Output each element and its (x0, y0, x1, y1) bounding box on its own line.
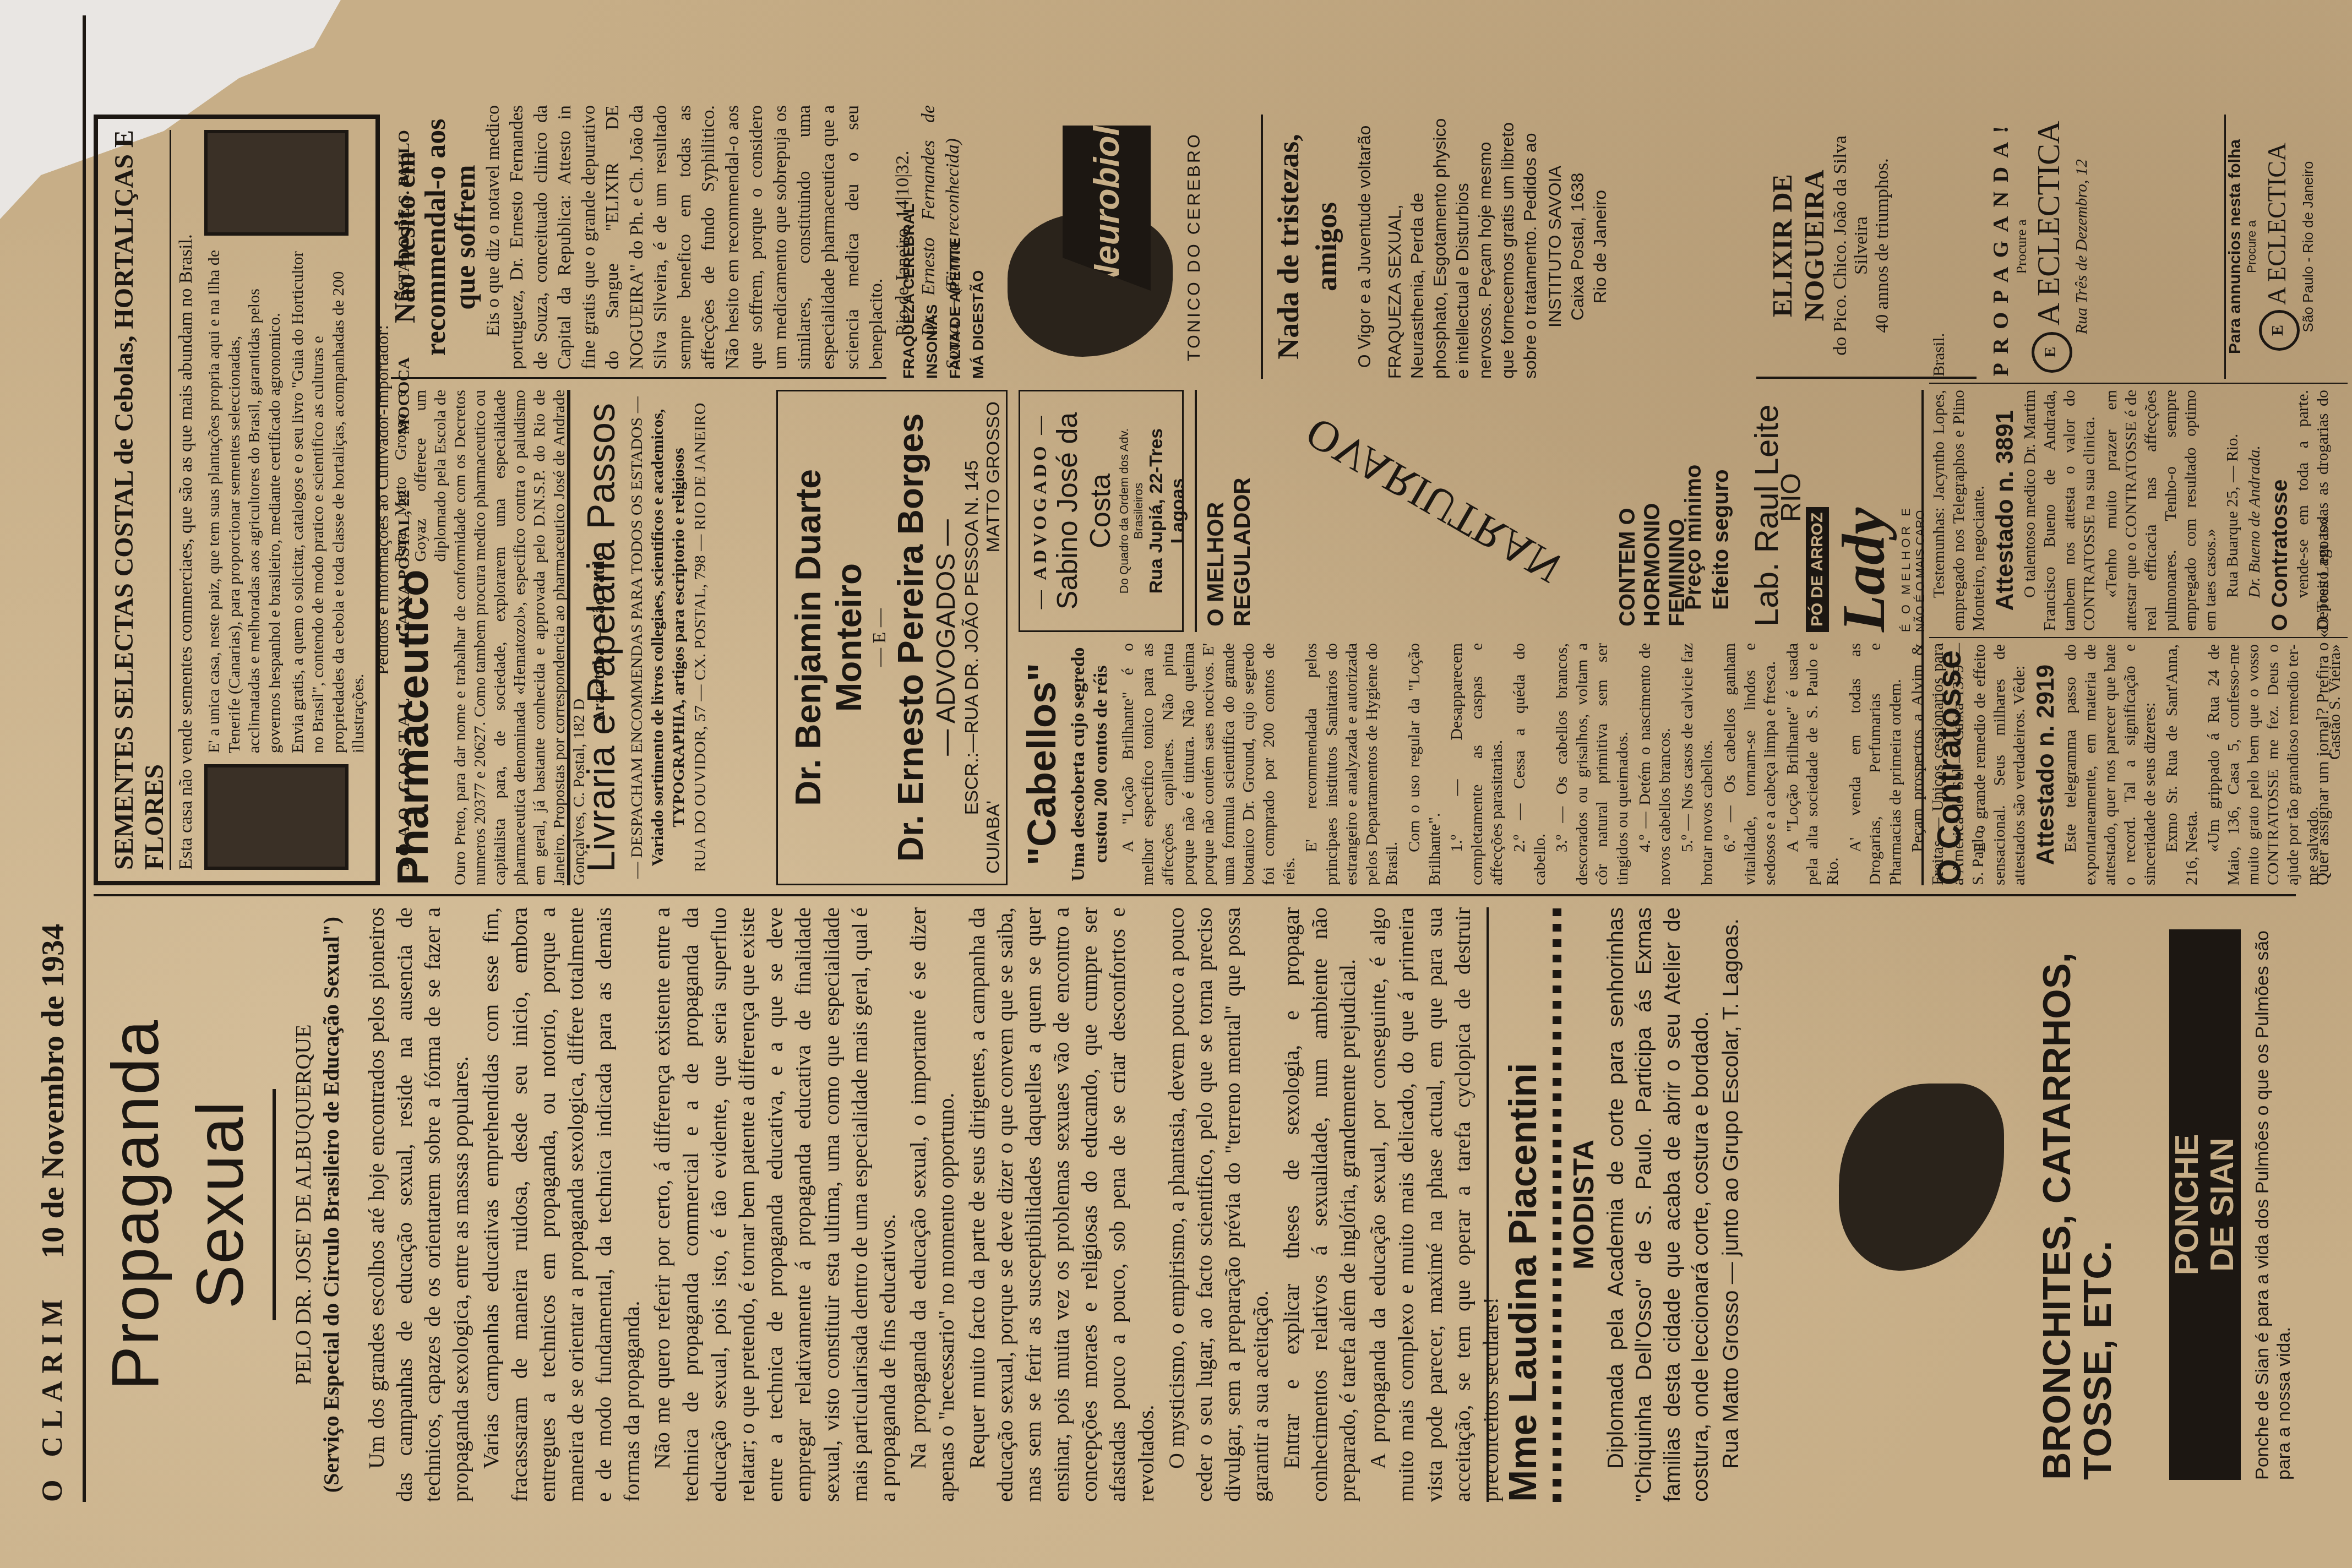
ad-nada-de-tristezas: Nada de tristezas, amigos O Vigor e a Ju… (1261, 115, 1754, 379)
eclectica-procure: Procure a (2245, 115, 2259, 379)
sabino-address: Rua Jupiá, 22-Tres Lagoas (1146, 401, 1189, 620)
paragraph: O mysticismo, o empirismo, a phantasia, … (1162, 907, 1275, 1502)
ponche-conditions: BRONCHITES, CATARRHOS, TOSSE, ETC. (2037, 929, 2118, 1480)
propaganda-procure: Procure a (2013, 115, 2030, 379)
paragraph: A propaganda da educação sexual, por con… (1364, 907, 1505, 1502)
article-cabellos: "Cabellos" Uma descoberta cujo segredo c… (1019, 643, 1910, 885)
paper-name: O CLARIM (36, 1292, 69, 1502)
issue-date: 10 de Novembro de 1934 (34, 924, 71, 1259)
paragraph: Requer muito facto da parte de seus diri… (963, 907, 1160, 1502)
propaganda-brand-text: A ECLECTICA (2030, 121, 2066, 325)
masthead: O CLARIM 10 de Novembro de 1934 (22, 15, 86, 1502)
sementes-para2: Envia gratis, a quem o solicitar, catalo… (288, 247, 368, 753)
attestado-1-title: Attestado n. 2919 (2032, 644, 2061, 885)
ponche-slogan: Ponche de Sian é para a vida dos Pulmões… (2252, 929, 2295, 1480)
eclectica-logo-icon: E (2259, 310, 2300, 351)
eclectica-brand-text: A ECLECTICA (2263, 143, 2291, 305)
modista-body: Diplomada pela Academia de corte para se… (1602, 907, 1715, 1502)
paragraph: 1.º — Desapparecem completamente as casp… (1447, 643, 1507, 885)
elixir-line1: do Pico. Chico. João da Silva Silveira (1830, 124, 1872, 367)
ad-livraria-passos: Livraria e Papelaria Passos — DESPACHAM … (567, 390, 775, 885)
contratosse-intro: E' o grande remedio de effeito sensacion… (1970, 644, 2029, 885)
eclectica-line1: Para annuncios nesta folha (2226, 115, 2245, 379)
article-byline: PELO DR. JOSE' DE ALBUQUERQUE (289, 907, 317, 1502)
ponche-illustration (1817, 984, 2026, 1436)
ad-ponche-de-sian: BRONCHITES, CATARRHOS, TOSSE, ETC. PONCH… (1817, 907, 2301, 1502)
paragraph: E' recommendada pelos principaes institu… (1302, 643, 1402, 885)
advogados-role: — ADVOGADOS — (931, 401, 961, 874)
assinatura-line1: Quer assignar um jornal? (2312, 707, 2332, 885)
propaganda-title: PROPAGANDA! (1988, 115, 2013, 379)
cabellos-title: "Cabellos" (1019, 643, 1067, 885)
sementes-headline: SEMENTES SELECTAS COSTAL de Cebolas, HOR… (109, 130, 171, 870)
paragraph: A "Loção Brilhante" é usada pela alta so… (1783, 643, 1843, 885)
nada-address: Caixa Postal, 1638 (1566, 115, 1589, 379)
advogados-city-left: CUIABA' (983, 801, 1004, 874)
attestado-1-quote: «Um grippado á Rua 24 de Maio, 136, Casa… (2204, 644, 2323, 885)
ad-propaganda-eclectica: PROPAGANDA! Procure a E A ECLECTICA Rua … (1988, 115, 2219, 379)
paragraph: A' venda em todas as Drogarias, Perfumar… (1845, 643, 1906, 885)
assinatura-line2: Prefira o «O Tres Lagoas» (2312, 518, 2332, 704)
nao-hesito-title: Não hesito em recommendal-o aos que soff… (391, 105, 481, 369)
symptom: FALTA DE APETITE (944, 115, 967, 379)
attestado-2-sign: Dr. Bueno de Andrada. (2245, 390, 2264, 631)
eclectica-brand: E A ECLECTICA (2259, 115, 2300, 379)
paragraph: Com o uso regular da "Loção Brilhante". (1404, 643, 1445, 885)
paragraph: A "Loção Brilhante" é o melhor especific… (1118, 643, 1299, 885)
nao-hesito-body: Eis o que diz o notavel medico portuguez… (481, 105, 889, 369)
lady-block: PÓ DE ARROZ Lady É O MELHOR E NÃO É O MA… (1806, 390, 1916, 632)
attestado-2-quote: «Tenho muito prazer em attestar que o CO… (2101, 390, 2220, 631)
symptom: MÁ DIGESTÃO (967, 115, 990, 379)
ad-assinatura: Quer assignar um jornal? Prefira o «O Tr… (2312, 390, 2351, 885)
nada-subtitle: O Vigor e a Juventude voltarão (1353, 115, 1376, 379)
advogados-conj: — E — (869, 401, 890, 874)
livraria-title: Livraria e Papelaria Passos (577, 390, 627, 885)
livraria-line2: Variado sortimento de livros collegiaes,… (647, 390, 690, 885)
attestado-2-addr: Rua Buarque 25, — Rio. (2223, 390, 2242, 631)
nada-body: FRAQUEZA SEXUAL, Neurasthenia, Perda de … (1384, 115, 1542, 379)
paragraph: Varias campanhas educativas emprehendida… (477, 907, 646, 1502)
paragraph: 5.º — Nos casos de calvicie faz brotar n… (1678, 643, 1718, 885)
paragraph: Entrar e explicar theses de sexologia, e… (1277, 907, 1362, 1502)
eclectica-address: São Paulo - Rio de Janeiro (2300, 115, 2317, 379)
photo-placeholder (204, 764, 349, 870)
article-propaganda-sexual: Propaganda Sexual PELO DR. JOSE' DE ALBU… (94, 907, 1470, 1502)
contratosse-title: O Contratosse (1929, 644, 1970, 885)
lady-product: PÓ DE ARROZ (1806, 507, 1829, 632)
ovariutran-brand: OVARIUTRAN (1298, 407, 1609, 616)
modista-address: Rua Matto Grosso — junto ao Grupo Escola… (1717, 907, 1745, 1502)
paragraph: Não me quero referir por certo, á differ… (648, 907, 902, 1502)
article-contratosse: O Contratosse E' o grande remedio de eff… (1921, 390, 2348, 885)
attestado-1-addr: Exmo Sr. Rua de Sant'Anna, 216, Nesta. (2162, 644, 2202, 885)
ponche-brand: PONCHE DE SIAN (2169, 929, 2241, 1480)
neurobiol-symptoms: FRAQUEZA CEREBRAL INSONIAS FALTA DE APET… (897, 115, 990, 379)
attestado-1-witness: Testemunhas: Jacyntho Lopes, empregado n… (1929, 390, 1989, 631)
pharmaceutico-title: Pharmaceutico (391, 569, 435, 885)
modista-role: MODISTA (1566, 907, 1603, 1502)
newspaper-page: O CLARIM 10 de Novembro de 1934 Propagan… (0, 0, 2352, 1568)
nada-title: Nada de tristezas, amigos (1270, 115, 1346, 379)
ovariutran-headline: O MELHOR REGULADOR (1202, 390, 1255, 627)
article-affiliation: (Serviço Especial do Circulo Brasileiro … (317, 907, 345, 1502)
neurobiol-tagline: TONICO DO CEREBRO (1184, 115, 1204, 379)
attestado-2-title: Attestado n. 3891 (1991, 390, 2020, 631)
ovariutran-city: RIO (1775, 473, 1807, 522)
paragraph: Um dos grandes escolhos até hoje encontr… (362, 907, 475, 1502)
advogado-name-1: Dr. Benjamin Duarte Monteiro (788, 401, 869, 874)
ad-sementes-costal: SEMENTES SELECTAS COSTAL de Cebolas, HOR… (94, 115, 380, 885)
eclectica-logo-icon: E (2032, 332, 2072, 373)
ad-neurobiol: FRAQUEZA CEREBRAL INSONIAS FALTA DE APET… (897, 115, 1250, 379)
paragraph: 2.º — Cessa a quéda do cabello. (1510, 643, 1550, 885)
elixir-title: ELIXIR DE NOGUEIRA (1766, 124, 1830, 367)
advogados-address: ESCR.:—RUA DR. JOÃO PESSOA N. 145 (961, 401, 983, 874)
nada-institute: INSTITUTO SAVOIA (1544, 115, 1566, 379)
ponche-brand-line1: PONCHE (2169, 929, 2204, 1480)
livraria-line1: — DESPACHAM ENCOMMENDAS PARA TODOS OS ES… (627, 390, 647, 885)
paragraph: Na propaganda da educação sexual, o impo… (904, 907, 960, 1502)
ovariutran-feature: CONTEM O HORMONIO FEMININO (1615, 395, 1690, 627)
modista-name: Mme Laudina Piacentini (1499, 907, 1548, 1502)
lady-brand: Lady (1830, 508, 1897, 632)
propaganda-brand: E A ECLECTICA (2030, 115, 2072, 379)
symptom: FRAQUEZA CEREBRAL (897, 115, 921, 379)
nada-city: Rio de Janeiro (1589, 115, 1611, 379)
article-nao-hesito: Não hesito em recommendal-o aos que soff… (391, 105, 886, 379)
propaganda-address: Rua Três de Dezembro, 12 (2072, 115, 2091, 379)
ponche-brand-line2: DE SIAN (2204, 929, 2240, 1480)
advogados-cities: CUIABA' MATTO GROSSO (983, 401, 1004, 874)
elixir-line2: 40 annos de triumphos. (1872, 124, 1893, 367)
ad-sabino-jose-da-costa: — ADVOGADO — Sabino José da Costa Do Qua… (1019, 390, 1184, 632)
advogados-city-right: MATTO GROSSO (983, 401, 1004, 553)
paragraph: 4.º — Detém o nascimento de novos cabell… (1635, 643, 1675, 885)
advogado-name-2: Dr. Ernesto Pereira Borges (890, 401, 931, 874)
ad-pharmaceutico: Pharmaceutico Para Matto Grosso e Goyaz … (391, 390, 556, 885)
sabino-role: — ADVOGADO — (1030, 401, 1051, 620)
ad-advogados: Dr. Benjamin Duarte Monteiro — E — Dr. E… (776, 390, 1008, 885)
ad-ovariutran: O MELHOR REGULADOR OVARIUTRAN CONTEM O H… (1195, 390, 1803, 632)
contratosse-closing-title: O Contratosse (2267, 390, 2293, 631)
ovariutran-line1: Preço minimo (1681, 464, 1706, 610)
attestado-1-body: Este telegramma passo do expontaneamente… (2061, 644, 2160, 885)
sabino-name: Sabino José da Costa (1051, 401, 1117, 620)
attestado-2-body: O talentoso medico Dr. Martim Francisco … (2020, 390, 2099, 631)
sementes-line1: Esta casa não vende sementes commerciaes… (176, 130, 197, 870)
livraria-address: RUA DO OUVIDOR, 57 — CX. POSTAL, 798 — R… (690, 390, 711, 885)
symptom: INSONIAS (921, 115, 944, 379)
paragraph: 3.º — Os cabellos brancos, descorados ou… (1552, 643, 1632, 885)
eclectica-block: Para annuncios nesta folha Procure a E A… (2224, 115, 2325, 379)
ad-modista: Mme Laudina Piacentini MODISTA Diplomada… (1487, 907, 1807, 1502)
sabino-note: Do Quadro da Ordem dos Adv. Brasileiros (1117, 401, 1146, 620)
sementes-para1: E' a unica casa, neste paiz, que tem sua… (204, 247, 285, 753)
ovariutran-line2: Efeito seguro (1709, 469, 1734, 610)
cabellos-subtitle: Uma descoberta cujo segredo custou 200 c… (1067, 643, 1113, 885)
photo-placeholder (204, 130, 349, 236)
figure-illustration-icon (1839, 1084, 2004, 1271)
lady-tagline-2: NÃO É O MAIS CARO (1913, 390, 1928, 632)
lady-tagline-1: É O MELHOR E (1899, 390, 1913, 632)
article-title: Propaganda Sexual (94, 907, 263, 1502)
paragraph: 6.º — Os cabellos ganham vitalidade, tor… (1720, 643, 1781, 885)
